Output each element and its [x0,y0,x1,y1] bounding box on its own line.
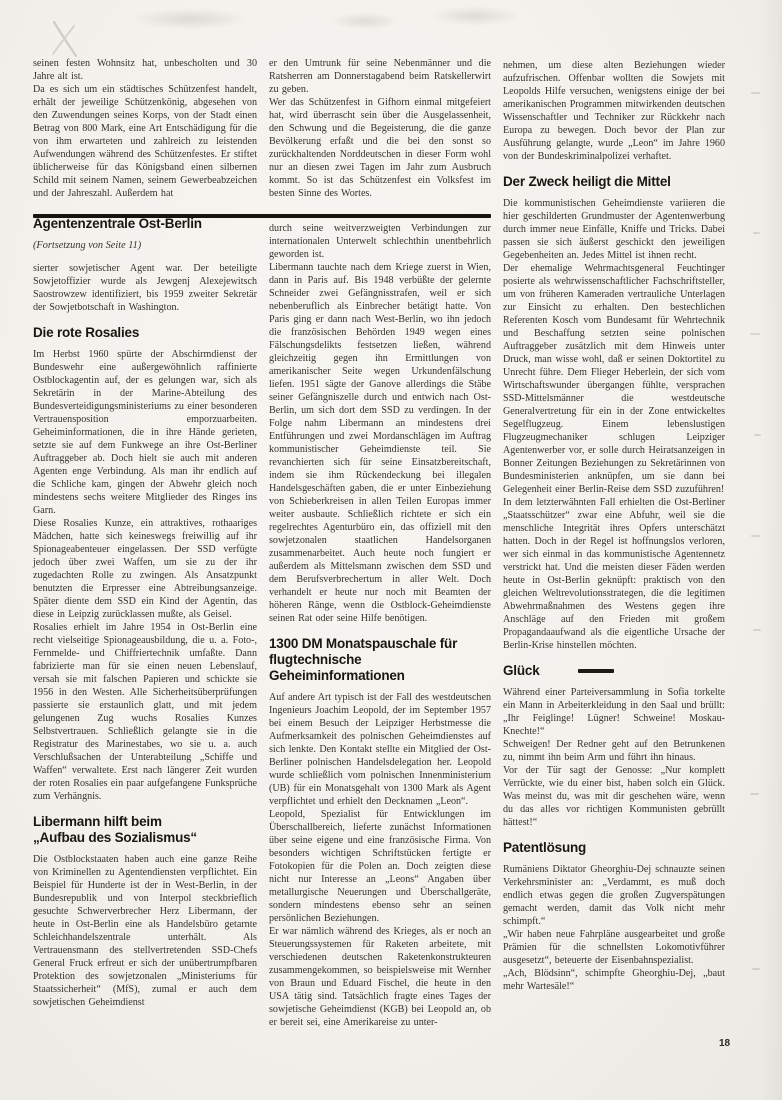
pencil-x-mark [44,14,88,60]
paragraph: Auf andere Art typisch ist der Fall des … [269,691,491,808]
paragraph: sierter sowjetischer Agent war. Der bete… [33,262,257,314]
paragraph: „Wir haben neue Fahrpläne ausgearbeitet … [503,928,725,967]
paragraph: Der ehemalige Wehrmachtsgeneral Feuchtin… [503,262,725,496]
scan-artifact [750,793,759,795]
paragraph: seinen festen Wohnsitz hat, unbescholten… [33,57,257,83]
paragraph: Libermann tauchte nach dem Kriege zuerst… [269,261,491,625]
section-heading: Patentlösung [503,840,725,856]
text-column-right: nehmen, um diese alten Beziehungen wiede… [503,59,725,993]
text-column-middle: er den Umtrunk für seine Nebenmänner und… [269,57,491,1029]
divider-gap [33,200,257,216]
section-heading: Agentenzentrale Ost-Berlin [33,216,257,232]
section-heading: Libermann hilft beim „Aufbau des Soziali… [33,814,257,846]
text-column-left: seinen festen Wohnsitz hat, unbescholten… [33,57,257,1009]
paragraph: Da es sich um ein städtisches Schützenfe… [33,83,257,200]
section-heading: Glück [503,663,540,679]
scan-artifact [754,434,761,436]
scan-smudge [130,8,250,30]
scan-artifact [753,629,761,631]
section-heading: Die rote Rosalies [33,325,257,341]
paragraph: Leopold, Spezialist für Entwicklungen im… [269,808,491,925]
paragraph: er den Umtrunk für seine Nebenmänner und… [269,57,491,96]
magazine-page: seinen festen Wohnsitz hat, unbescholten… [0,0,782,1100]
paragraph: Er war nämlich während des Krieges, als … [269,925,491,1029]
scan-artifact [751,92,760,94]
section-heading: 1300 DM Monatspauschale für flugtechnisc… [269,636,491,684]
divider-gap [269,200,491,222]
scan-artifact [751,535,760,537]
paragraph: Wer das Schützenfest in Gifhorn einmal m… [269,96,491,200]
page-number: 18 [719,1038,730,1049]
paragraph: Schweigen! Der Redner geht auf den Betru… [503,738,725,764]
paragraph: Vor der Tür sagt der Genosse: „Nur kompl… [503,764,725,829]
scan-artifact [750,333,760,335]
paragraph: Rosalies erhielt im Jahre 1954 in Ost-Be… [33,621,257,803]
section-separator-rule [578,669,614,673]
scan-smudge [430,6,520,26]
paragraph: In dem letzterwähnten Fall erhielten die… [503,496,725,652]
paragraph: Im Herbst 1960 spürte der Abschirmdienst… [33,348,257,517]
paragraph: Die kommunistischen Geheimdienste variie… [503,197,725,262]
paragraph: Die Ostblockstaaten haben auch eine ganz… [33,853,257,1009]
continuation-note: (Fortsetzung von Seite 11) [33,239,257,252]
section-heading: Der Zweck heiligt die Mittel [503,174,725,190]
paragraph: Rumäniens Diktator Gheorghiu-Dej schnauz… [503,863,725,928]
paragraph: „Ach, Blödsinn“, schimpfte Gheorghiu-Dej… [503,967,725,993]
paragraph: Diese Rosalies Kunze, ein attraktives, r… [33,517,257,621]
scan-artifact [752,968,760,970]
scan-artifact [753,232,760,234]
paragraph: durch seine weitverzweigten Verbindungen… [269,222,491,261]
section-heading-row: Glück [503,663,725,679]
scan-smudge [330,12,400,30]
paragraph: Während einer Parteiversammlung in Sofia… [503,686,725,738]
paragraph: nehmen, um diese alten Beziehungen wiede… [503,59,725,163]
